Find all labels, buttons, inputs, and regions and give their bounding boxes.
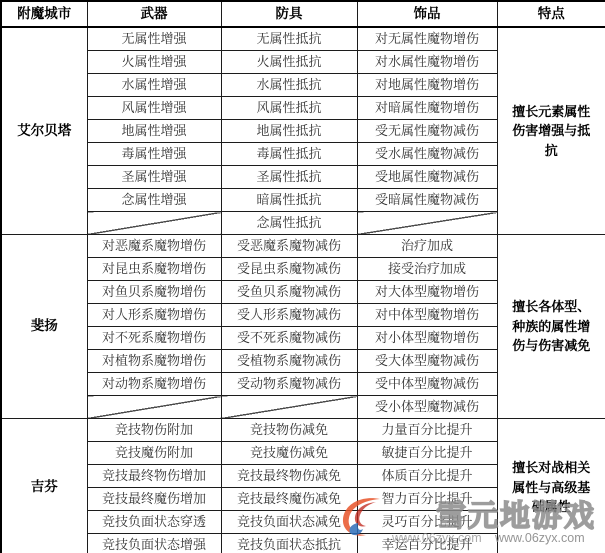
armor-cell: 受植物系魔物减伤 (221, 350, 357, 373)
weapon-cell: 竞技魔伤附加 (87, 442, 221, 465)
accessory-cell: 对小体型魔物增伤 (357, 327, 497, 350)
armor-cell: 火属性抵抗 (221, 51, 357, 74)
empty-slash-cell (87, 396, 221, 419)
weapon-cell: 对昆虫系魔物增伤 (87, 258, 221, 281)
accessory-cell: 接受治疗加成 (357, 258, 497, 281)
weapon-cell: 地属性增强 (87, 120, 221, 143)
table-body: 艾尔贝塔无属性增强无属性抵抗对无属性魔物增伤擅长元素属性伤害增强与抵抗火属性增强… (1, 27, 605, 553)
weapon-cell: 竞技负面状态增强 (87, 534, 221, 553)
enchant-city-table: 附魔城市武器防具饰品特点 艾尔贝塔无属性增强无属性抵抗对无属性魔物增伤擅长元素属… (0, 0, 605, 553)
accessory-cell: 受小体型魔物减伤 (357, 396, 497, 419)
weapon-cell: 竞技物伤附加 (87, 419, 221, 442)
city-cell: 艾尔贝塔 (1, 27, 87, 235)
accessory-cell: 幸运百分比提升 (357, 534, 497, 553)
table-row: 艾尔贝塔无属性增强无属性抵抗对无属性魔物增伤擅长元素属性伤害增强与抵抗 (1, 27, 605, 51)
accessory-cell: 体质百分比提升 (357, 465, 497, 488)
accessory-cell: 受水属性魔物减伤 (357, 143, 497, 166)
weapon-cell: 竞技最终魔伤增加 (87, 488, 221, 511)
armor-cell: 竞技魔伤减免 (221, 442, 357, 465)
armor-cell: 受不死系魔物减伤 (221, 327, 357, 350)
accessory-cell: 受无属性魔物减伤 (357, 120, 497, 143)
feature-cell: 擅长各体型、种族的属性增伤与伤害减免 (497, 235, 605, 419)
armor-cell: 水属性抵抗 (221, 74, 357, 97)
weapon-cell: 对鱼贝系魔物增伤 (87, 281, 221, 304)
feature-cell: 擅长对战相关属性与高级基础属性 (497, 419, 605, 553)
column-header: 饰品 (357, 1, 497, 27)
armor-cell: 竞技最终魔伤减免 (221, 488, 357, 511)
weapon-cell: 无属性增强 (87, 27, 221, 51)
armor-cell: 受恶魔系魔物减伤 (221, 235, 357, 258)
weapon-cell: 火属性增强 (87, 51, 221, 74)
column-header: 武器 (87, 1, 221, 27)
armor-cell: 地属性抵抗 (221, 120, 357, 143)
armor-cell: 受鱼贝系魔物减伤 (221, 281, 357, 304)
accessory-cell: 敏捷百分比提升 (357, 442, 497, 465)
accessory-cell: 受中体型魔物减伤 (357, 373, 497, 396)
empty-slash-cell (221, 396, 357, 419)
armor-cell: 竞技负面状态抵抗 (221, 534, 357, 553)
weapon-cell: 对植物系魔物增伤 (87, 350, 221, 373)
armor-cell: 竞技负面状态减免 (221, 511, 357, 534)
armor-cell: 风属性抵抗 (221, 97, 357, 120)
table-row: 吉芬竞技物伤附加竞技物伤减免力量百分比提升擅长对战相关属性与高级基础属性 (1, 419, 605, 442)
armor-cell: 竞技最终物伤减免 (221, 465, 357, 488)
weapon-cell: 对人形系魔物增伤 (87, 304, 221, 327)
accessory-cell: 智力百分比提升 (357, 488, 497, 511)
armor-cell: 竞技物伤减免 (221, 419, 357, 442)
accessory-cell: 对中体型魔物增伤 (357, 304, 497, 327)
weapon-cell: 对恶魔系魔物增伤 (87, 235, 221, 258)
column-header: 附魔城市 (1, 1, 87, 27)
weapon-cell: 对动物系魔物增伤 (87, 373, 221, 396)
weapon-cell: 竞技最终物伤增加 (87, 465, 221, 488)
table-header: 附魔城市武器防具饰品特点 (1, 1, 605, 27)
feature-cell: 擅长元素属性伤害增强与抵抗 (497, 27, 605, 235)
armor-cell: 暗属性抵抗 (221, 189, 357, 212)
weapon-cell: 水属性增强 (87, 74, 221, 97)
armor-cell: 受动物系魔物减伤 (221, 373, 357, 396)
accessory-cell: 受暗属性魔物减伤 (357, 189, 497, 212)
weapon-cell: 圣属性增强 (87, 166, 221, 189)
accessory-cell: 对大体型魔物增伤 (357, 281, 497, 304)
accessory-cell: 治疗加成 (357, 235, 497, 258)
accessory-cell: 受大体型魔物减伤 (357, 350, 497, 373)
weapon-cell: 风属性增强 (87, 97, 221, 120)
column-header: 防具 (221, 1, 357, 27)
header-row: 附魔城市武器防具饰品特点 (1, 1, 605, 27)
weapon-cell: 对不死系魔物增伤 (87, 327, 221, 350)
column-header: 特点 (497, 1, 605, 27)
accessory-cell: 对无属性魔物增伤 (357, 27, 497, 51)
armor-cell: 无属性抵抗 (221, 27, 357, 51)
accessory-cell: 对暗属性魔物增伤 (357, 97, 497, 120)
weapon-cell: 念属性增强 (87, 189, 221, 212)
accessory-cell: 力量百分比提升 (357, 419, 497, 442)
city-cell: 斐扬 (1, 235, 87, 419)
accessory-cell: 对水属性魔物增伤 (357, 51, 497, 74)
empty-slash-cell (357, 212, 497, 235)
armor-cell: 受昆虫系魔物减伤 (221, 258, 357, 281)
armor-cell: 念属性抵抗 (221, 212, 357, 235)
empty-slash-cell (87, 212, 221, 235)
accessory-cell: 灵巧百分比提升 (357, 511, 497, 534)
armor-cell: 受人形系魔物减伤 (221, 304, 357, 327)
weapon-cell: 毒属性增强 (87, 143, 221, 166)
table-row: 斐扬对恶魔系魔物增伤受恶魔系魔物减伤治疗加成擅长各体型、种族的属性增伤与伤害减免 (1, 235, 605, 258)
accessory-cell: 受地属性魔物减伤 (357, 166, 497, 189)
armor-cell: 毒属性抵抗 (221, 143, 357, 166)
armor-cell: 圣属性抵抗 (221, 166, 357, 189)
accessory-cell: 对地属性魔物增伤 (357, 74, 497, 97)
weapon-cell: 竞技负面状态穿透 (87, 511, 221, 534)
city-cell: 吉芬 (1, 419, 87, 553)
enchant-guide-page: 附魔城市武器防具饰品特点 艾尔贝塔无属性增强无属性抵抗对无属性魔物增伤擅长元素属… (0, 0, 605, 553)
